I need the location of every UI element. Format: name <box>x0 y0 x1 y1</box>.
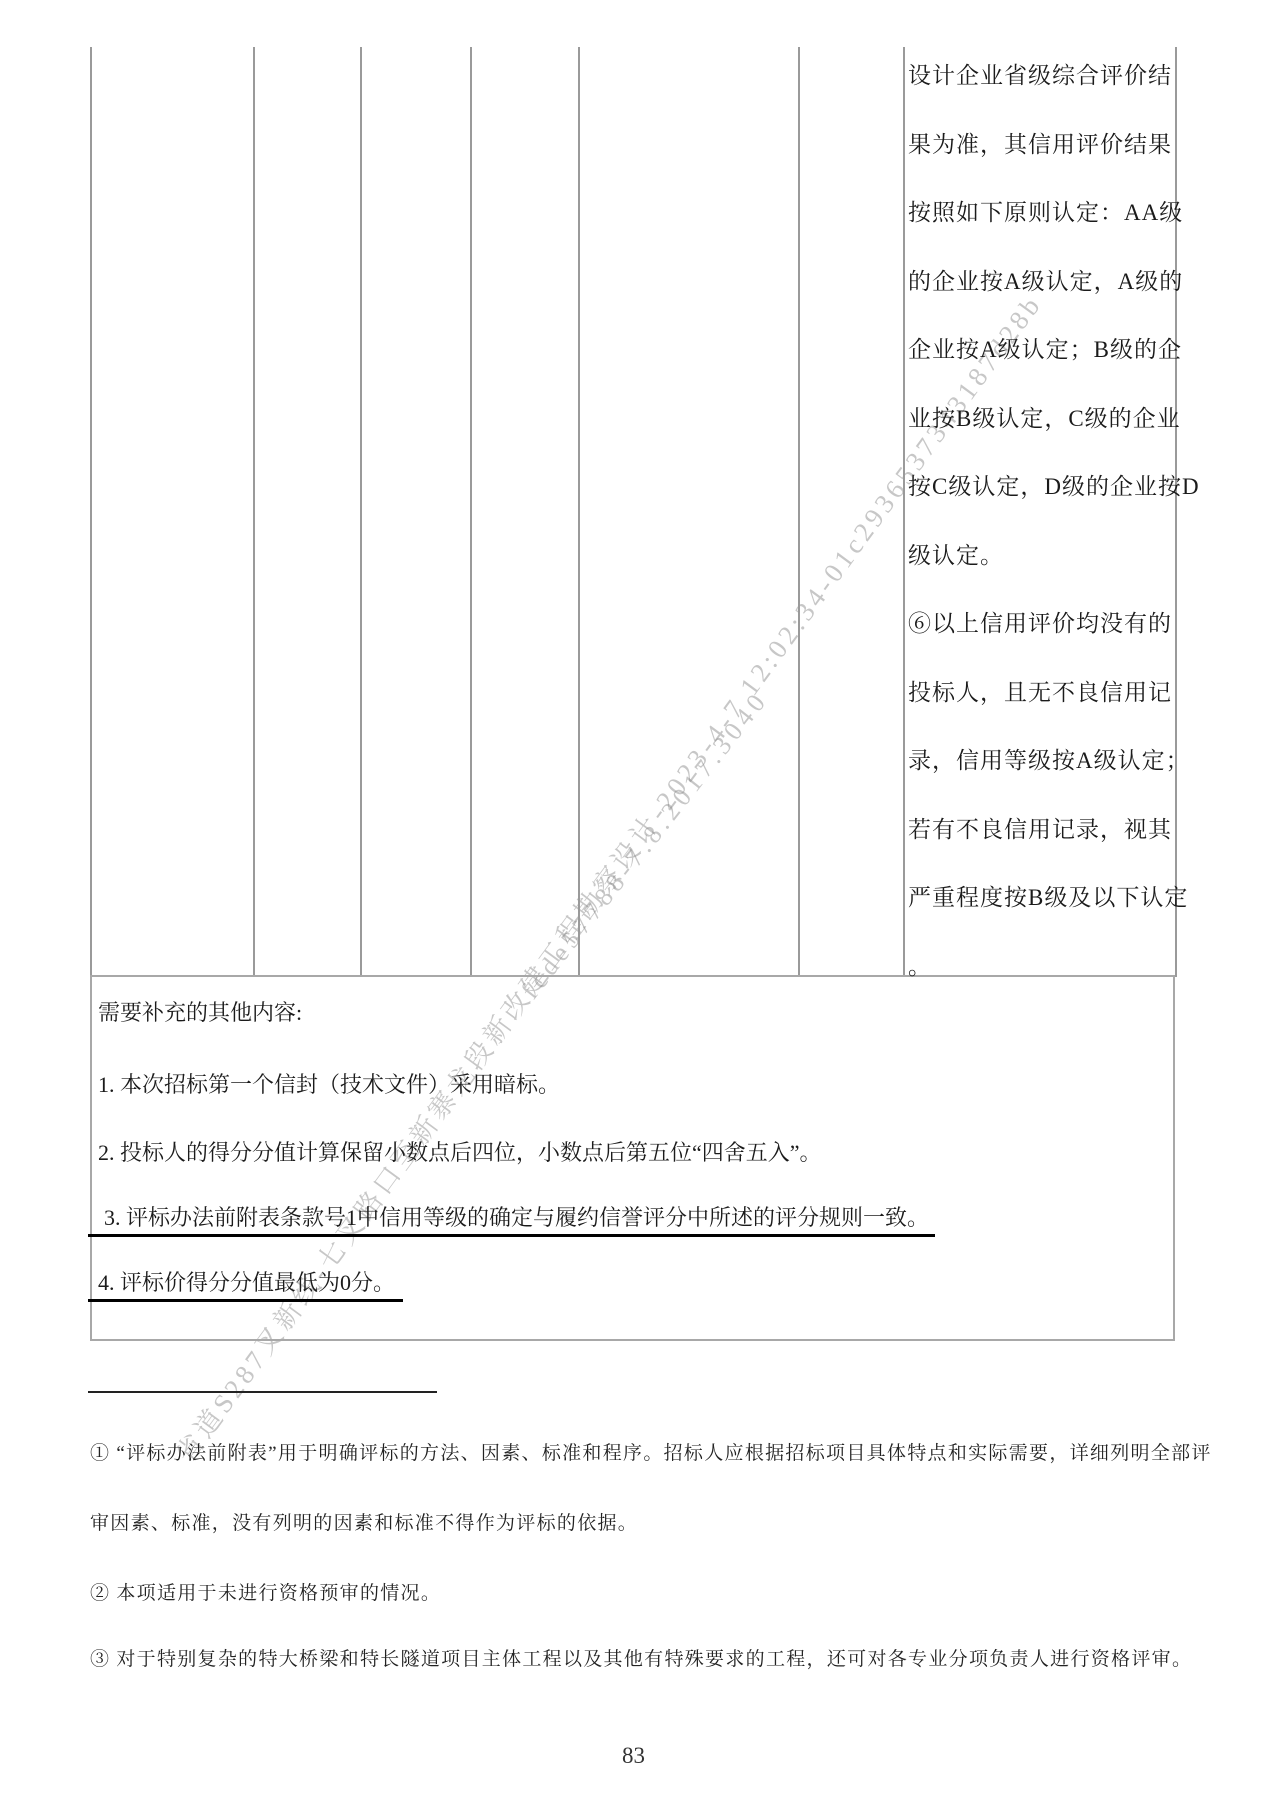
table-column-border <box>578 47 580 975</box>
cell-text-line: 设计企业省级综合评价结 <box>908 42 1174 111</box>
footnote-1-line-2: 审因素、标准，没有列明的因素和标准不得作为评标的依据。 <box>90 1508 638 1535</box>
cell-text-line: ⑥以上信用评价均没有的 <box>908 590 1174 659</box>
table-right-border <box>1175 47 1177 975</box>
cell-text-line: 业按B级认定，C级的企业 <box>908 385 1174 454</box>
underlined-text: 4. 评标价得分分值最低为0分。 <box>88 1270 403 1302</box>
cell-text-line: 录，信用等级按A级认定； <box>908 727 1174 796</box>
document-page: 省道S287叉新线-七叉路口至新寨龙段新改建工程勘察设计-2023-4-7 12… <box>0 0 1267 1793</box>
table-last-column-cell: 设计企业省级综合评价结 果为准，其信用评价结果 按照如下原则认定：AA级 的企业… <box>908 42 1174 1001</box>
page-number: 83 <box>0 1743 1267 1769</box>
table-column-border <box>903 47 905 975</box>
footnote-2: ② 本项适用于未进行资格预审的情况。 <box>90 1578 441 1605</box>
cell-text-line: 果为准，其信用评价结果 <box>908 111 1174 180</box>
table-column-border <box>90 47 92 975</box>
footnote-1-line-1: ① “评标办法前附表”用于明确评标的方法、因素、标准和程序。招标人应根据招标项目… <box>90 1438 1212 1465</box>
cell-text-line: 按照如下原则认定：AA级 <box>908 179 1174 248</box>
cell-text-line: 级认定。 <box>908 522 1174 591</box>
footnote-3: ③ 对于特别复杂的特大桥梁和特长隧道项目主体工程以及其他有特殊要求的工程，还可对… <box>90 1644 1192 1671</box>
supplement-title: 需要补充的其他内容: <box>98 996 302 1027</box>
table-column-border <box>253 47 255 975</box>
table-column-border <box>360 47 362 975</box>
cell-text-line: 企业按A级认定；B级的企 <box>908 316 1174 385</box>
cell-text-line: 投标人，且无不良信用记 <box>908 659 1174 728</box>
table-column-border <box>798 47 800 975</box>
underlined-text: 3. 评标办法前附表条款号1中信用等级的确定与履约信誉评分中所述的评分规则一致。 <box>88 1205 935 1237</box>
cell-text-line: 按C级认定，D级的企业按D <box>908 453 1174 522</box>
cell-text-line: 若有不良信用记录，视其 <box>908 796 1174 865</box>
supplement-item-3: 3. 评标办法前附表条款号1中信用等级的确定与履约信誉评分中所述的评分规则一致。 <box>104 1201 935 1232</box>
watermark-line-secondary: fcde57788-7.8.2017.3040 <box>515 685 774 1005</box>
cell-text-line: 严重程度按B级及以下认定 <box>908 864 1174 933</box>
table-column-border <box>470 47 472 975</box>
supplement-item-1: 1. 本次招标第一个信封（技术文件）采用暗标。 <box>98 1068 560 1099</box>
footnote-separator-rule <box>88 1391 437 1393</box>
cell-text-line: 的企业按A级认定，A级的 <box>908 248 1174 317</box>
supplement-item-2: 2. 投标人的得分分值计算保留小数点后四位，小数点后第五位“四舍五入”。 <box>98 1136 822 1167</box>
supplement-item-4: 4. 评标价得分分值最低为0分。 <box>98 1266 403 1297</box>
cell-text-line: 。 <box>908 933 1174 1002</box>
